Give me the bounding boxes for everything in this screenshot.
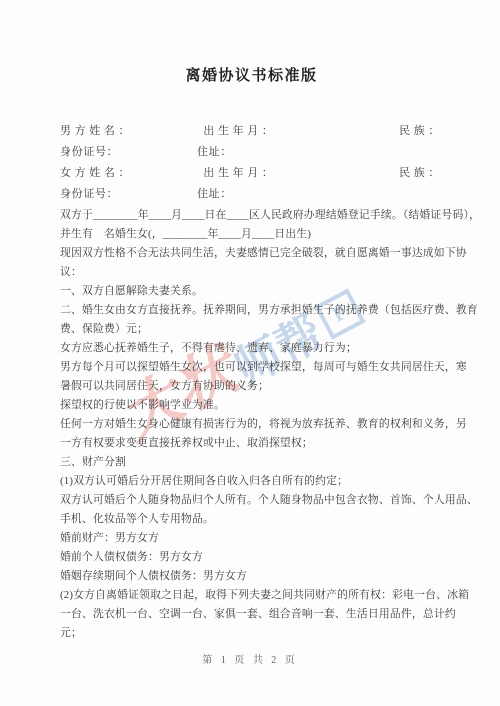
body-line: 男方每个月可以探望婚生女次，也可以到学校探望，每周可与婚生女共同居住天，寒 [60,358,443,377]
husband-address-label: 住址： [197,142,395,163]
husband-ethnic-label: 民族： [399,121,443,142]
body-line: 手机、化妆品等个人专用物品。 [60,510,443,529]
husband-name-row: 男方姓名： 出生年月： 民族： [60,121,443,142]
wife-address-label: 住址： [197,184,395,205]
body-line: 费、保险费）元； [60,320,443,339]
body-line: 女方应悉心抚养婚生子，不得有虐待、遗弃、家庭暴力行为； [60,339,443,358]
wife-id-row: 身份证号： 住址： [60,184,443,205]
body-line: 暑假可以共同居住天，女方有协助的义务； [60,377,443,396]
parties-info: 男方姓名： 出生年月： 民族： 身份证号： 住址： 女方姓名： 出生年月： 民族… [60,121,443,205]
body-line: 探望权的行使以不影响学业为准。 [60,396,443,415]
body-line: 双方认可婚后个人随身物品归个人所有。个人随身物品中包含衣物、首饰、个人用品、 [60,491,443,510]
document-content: 离婚协议书标准版 男方姓名： 出生年月： 民族： 身份证号： 住址： 女方姓名：… [0,64,500,643]
body-line: 二、婚生女由女方直接抚养。抚养期间，男方承担婚生子的抚养费（包括医疗费、教育 [60,301,443,320]
page-number: 第 1 页 共 2 页 [0,651,500,666]
body-line: 三、财产分割 [60,453,443,472]
body-line: 婚前个人债权债务：男方女方 [60,548,443,567]
body-line: 元； [60,624,443,643]
husband-birth-label: 出生年月： [203,121,399,142]
body-line: 婚姻存续期间个人债权债务：男方女方 [60,567,443,586]
body-line: 双方于________年____月____日在____区人民政府办理结婚登记手续… [60,206,443,225]
wife-name-label: 女方姓名： [60,163,203,184]
husband-id-row: 身份证号： 住址： [60,142,443,163]
agreement-body: 双方于________年____月____日在____区人民政府办理结婚登记手续… [60,206,443,643]
body-line: 议： [60,263,443,282]
wife-ethnic-label: 民族： [399,163,443,184]
body-line: 并生有 名婚生女(，________年____月____日出生) [60,225,443,244]
body-line: (1)双方认可婚后分开居住期间各自收入归各自所有的约定； [60,472,443,491]
body-line: 婚前财产：男方女方 [60,529,443,548]
wife-name-row: 女方姓名： 出生年月： 民族： [60,163,443,184]
body-line: 一方有权要求变更直接抚养权或中止、取消探望权； [60,434,443,453]
body-line: 现因双方性格不合无法共同生活，夫妻感情已完全破裂，就自愿离婚一事达成如下协 [60,244,443,263]
party-husband: 男方姓名： 出生年月： 民族： 身份证号： 住址： [60,121,443,163]
body-line: 一台、洗衣机一台、空调一台、家俱一套、组合音响一套、生活日用品件，总计约 [60,605,443,624]
party-wife: 女方姓名： 出生年月： 民族： 身份证号： 住址： [60,163,443,205]
wife-id-label: 身份证号： [60,184,197,205]
body-line: 一、双方自愿解除夫妻关系。 [60,282,443,301]
body-line: 任何一方对婚生女身心健康有损害行为的，将视为放弃抚养、教育的权利和义务，另 [60,415,443,434]
husband-id-label: 身份证号： [60,142,197,163]
document-title: 离婚协议书标准版 [60,64,443,85]
wife-birth-label: 出生年月： [203,163,399,184]
body-line: (2)女方自离婚证领取之日起，取得下列夫妻之间共同财产的所有权：彩电一台、冰箱 [60,586,443,605]
husband-name-label: 男方姓名： [60,121,203,142]
document-page: 大状 师帮 P 离婚协议书标准版 男方姓名： 出生年月： 民族： 身份证号： 住… [0,0,500,706]
